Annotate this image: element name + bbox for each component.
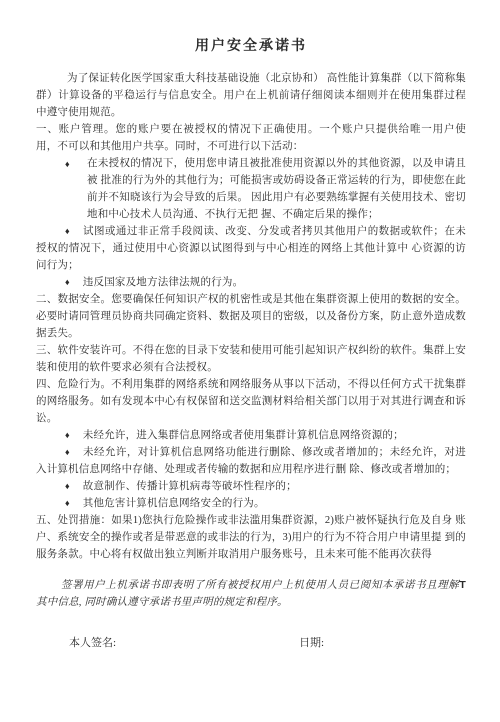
bullet-text: 其他危害计算机信息网络安全的行为。 — [83, 498, 265, 509]
section-4-bullet-3: ♦故意制作、传播计算机病毒等破坏性程序的； — [36, 478, 466, 495]
bullet-text: 试图或通过非正常手段阅读、改变、分发或者拷贝其他用户的数据或软件；在未授权的情况… — [36, 226, 466, 271]
bullet-diamond-icon: ♦ — [65, 226, 70, 236]
bullet-diamond-icon: ♦ — [65, 447, 70, 457]
document-page: 用户安全承诺书 为了保证转化医学国家重大科技基础设施（北京协和） 高性能计算集群… — [0, 0, 500, 722]
bullet-diamond-icon: ♦ — [65, 498, 70, 508]
bullet-diamond-icon: ♦ — [65, 156, 70, 173]
bullet-diamond-icon: ♦ — [65, 277, 70, 287]
signature-row: 本人签名: 日期: — [36, 635, 466, 652]
bullet-text: 在未授权的情况下，使用您申请且被批准使用资源以外的其他资源，以及申请且被 批准的… — [87, 158, 466, 220]
section-1-bullet-2: ♦试图或通过非正常手段阅读、改变、分发或者拷贝其他用户的数据或软件；在未授权的情… — [36, 223, 466, 274]
bullet-text: 违反国家及地方法律法规的行为。 — [83, 277, 244, 288]
bullet-text: 故意制作、传播计算机病毒等破坏性程序的； — [83, 481, 297, 492]
section-1-bullet-1: ♦在未授权的情况下，使用您申请且被批准使用资源以外的其他资源，以及申请且被 批准… — [36, 155, 466, 223]
section-3-heading: 三、软件安装许可。不得在您的目录下安装和使用可能引起知识产权纠纷的软件。集群上安… — [36, 342, 466, 376]
section-4-heading: 四、危险行为。不利用集群的网络系统和网络服务从事以下活动，不得以任何方式干扰集群… — [36, 376, 466, 427]
section-1-heading: 一、账户管理。您的账户要在被授权的情况下正确使用。一个账户只提供给唯一用户使 用… — [36, 121, 466, 155]
closing-text-part2: 其中信息, 同时确认遵守承诺书里声明的规定和程序。 — [36, 597, 288, 608]
closing-t-glyph: T — [459, 579, 466, 591]
bullet-diamond-icon: ♦ — [65, 430, 70, 440]
intro-paragraph: 为了保证转化医学国家重大科技基础设施（北京协和） 高性能计算集群（以下简称集 群… — [36, 70, 466, 121]
closing-statement: 签署用户上机承诺书即表明了所有被授权用户上机使用人员已阅知本承诺书且理解T 其中… — [36, 577, 466, 611]
section-1-bullet-3: ♦违反国家及地方法律法规的行为。 — [36, 274, 466, 291]
closing-text-part1: 签署用户上机承诺书即表明了所有被授权用户上机使用人员已阅知本承诺书且理解 — [61, 580, 459, 591]
section-5-heading: 五、处罚措施：如果1)您执行危险操作或非法滥用集群资源，2)账户被怀疑执行危及自… — [36, 512, 466, 563]
section-2-heading: 二、数据安全。您要确保任何知识产权的机密性或是其他在集群资源上使用的数据的安全。… — [36, 291, 466, 342]
section-4-bullet-2: ♦未经允许，对计算机信息网络功能进行删除、修改或者增加的；未经允许，对进入计算机… — [36, 444, 466, 478]
signature-label: 本人签名: — [69, 635, 116, 652]
date-label: 日期: — [299, 635, 324, 652]
bullet-text: 未经允许，进入集群信息网络或者使用集群计算机信息网络资源的； — [83, 430, 404, 441]
section-4-bullet-4: ♦其他危害计算机信息网络安全的行为。 — [36, 495, 466, 512]
bullet-diamond-icon: ♦ — [65, 481, 70, 491]
document-title: 用户安全承诺书 — [36, 36, 466, 57]
section-4-bullet-1: ♦未经允许，进入集群信息网络或者使用集群计算机信息网络资源的； — [36, 427, 466, 444]
bullet-text: 未经允许，对计算机信息网络功能进行删除、修改或者增加的；未经允许，对进入计算机信… — [36, 447, 466, 475]
